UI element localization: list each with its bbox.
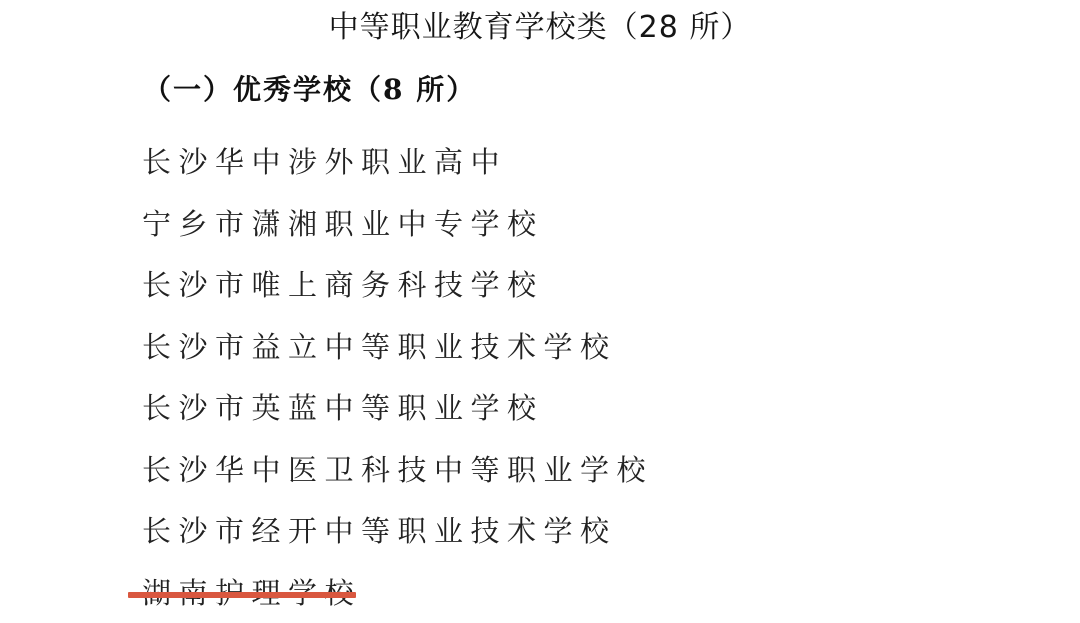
highlight-underline xyxy=(128,592,356,598)
list-item: 长沙市英蓝中等职业学校 xyxy=(142,378,653,440)
list-item: 长沙华中医卫科技中等职业学校 xyxy=(142,440,653,502)
list-item: 长沙华中涉外职业高中 xyxy=(142,132,653,194)
school-list: 长沙华中涉外职业高中 宁乡市潇湘职业中专学校 长沙市唯上商务科技学校 长沙市益立… xyxy=(142,132,653,623)
list-item: 长沙市益立中等职业技术学校 xyxy=(142,317,653,379)
list-item: 长沙市唯上商务科技学校 xyxy=(142,255,653,317)
section-heading-excellent-schools: （一）优秀学校（8 所） xyxy=(143,70,476,110)
document-title: 中等职业教育学校类（28 所） xyxy=(0,8,1080,48)
list-item: 长沙市经开中等职业技术学校 xyxy=(142,501,653,563)
list-item: 宁乡市潇湘职业中专学校 xyxy=(142,194,653,256)
